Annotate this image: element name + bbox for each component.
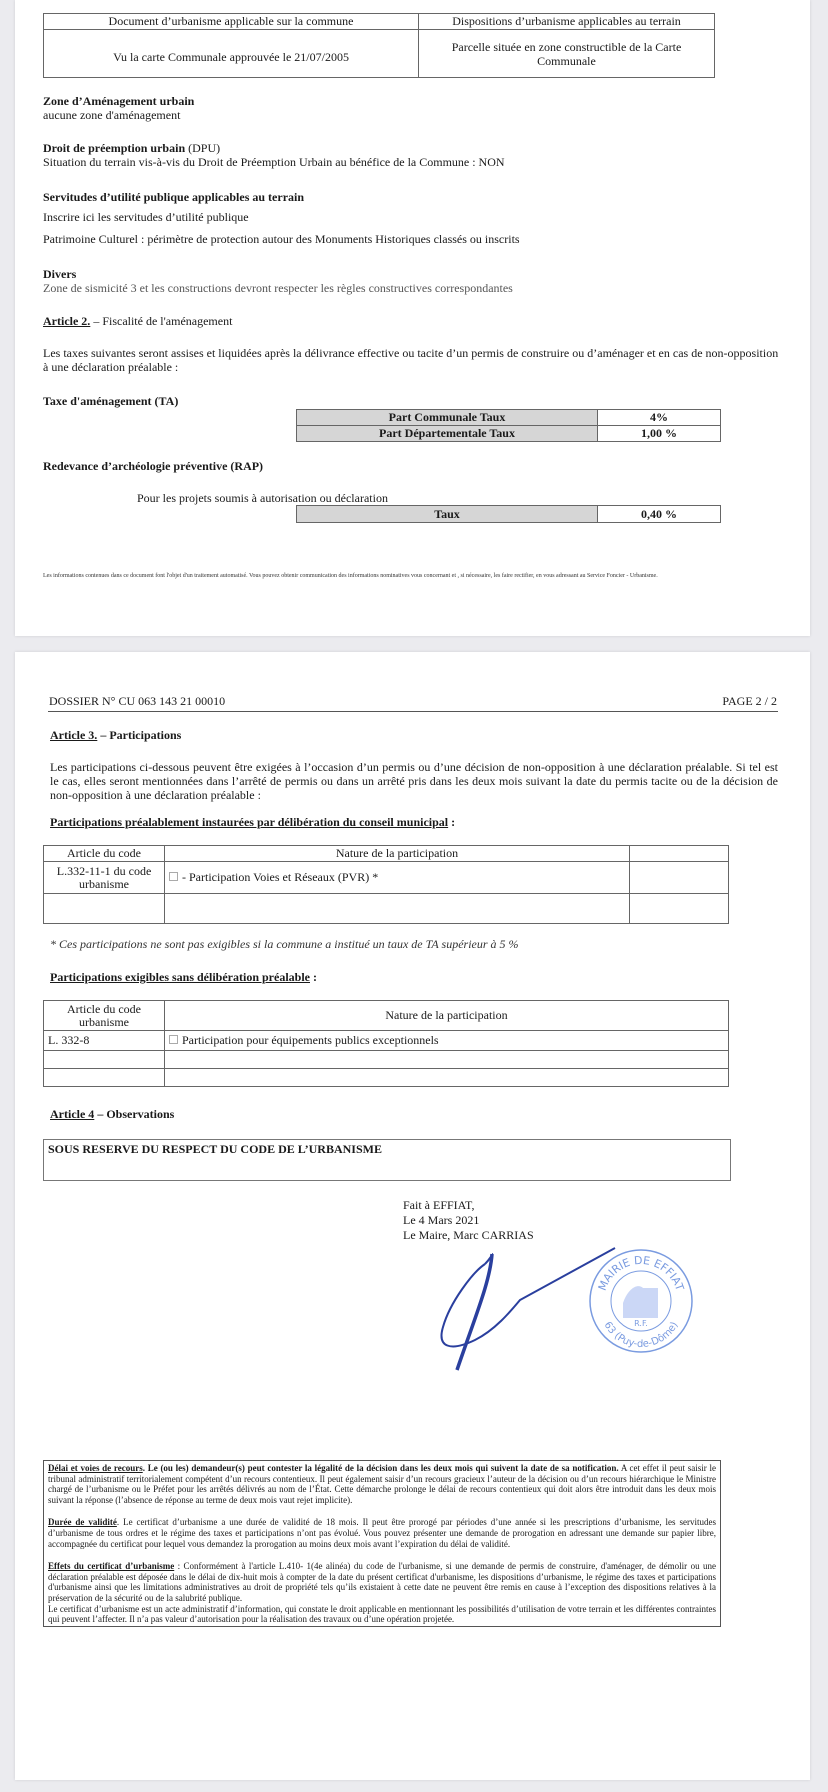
servitudes-line-2: Patrimoine Culturel : périmètre de prote… bbox=[43, 232, 520, 246]
t1-header-nature: Nature de la participation bbox=[165, 846, 630, 862]
urbanism-cell-document: Vu la carte Communale approuvée le 21/07… bbox=[44, 30, 419, 78]
table-row bbox=[44, 1069, 729, 1087]
signature-block: Fait à EFFIAT, Le 4 Mars 2021 Le Maire, … bbox=[403, 1198, 534, 1243]
ta-label-communale: Part Communale Taux bbox=[297, 410, 598, 426]
rap-label: Taux bbox=[297, 506, 598, 523]
table-row bbox=[44, 1051, 729, 1069]
checkbox-icon bbox=[169, 1035, 178, 1044]
rap-title: Redevance d’archéologie préventive (RAP) bbox=[43, 459, 263, 473]
ta-value-communale: 4% bbox=[598, 410, 721, 426]
dpu-section: Droit de préemption urbain (DPU) Situati… bbox=[43, 141, 505, 169]
t1-header-extra bbox=[630, 846, 729, 862]
dossier-number: DOSSIER N° CU 063 143 21 00010 bbox=[49, 694, 225, 708]
urbanism-header-document: Document d’urbanisme applicable sur la c… bbox=[44, 14, 419, 30]
servitudes-section: Servitudes d’utilité publique applicable… bbox=[43, 190, 520, 246]
mairie-stamp-icon: MAIRIE DE EFFIAT 63 (Puy-de-Dôme) R.F. bbox=[588, 1248, 694, 1354]
document-page-2: DOSSIER N° CU 063 143 21 00010 PAGE 2 / … bbox=[15, 652, 810, 1780]
t1-row1-nature-cell: - Participation Voies et Réseaux (PVR) * bbox=[165, 862, 630, 894]
legal-validite: Durée de validité. Le certificat d’urban… bbox=[48, 1517, 716, 1549]
article2-heading: Article 2. – Fiscalité de l'aménagement bbox=[43, 314, 232, 328]
article2-intro: Les taxes suivantes seront assises et li… bbox=[43, 346, 783, 374]
article2-label: Article 2. bbox=[43, 314, 90, 328]
divers-text: Zone de sismicité 3 et les constructions… bbox=[43, 281, 513, 295]
sub2-heading: Participations exigibles sans délibérati… bbox=[50, 970, 317, 984]
article2-title: – Fiscalité de l'aménagement bbox=[90, 314, 232, 328]
t2-header-article: Article du code urbanisme bbox=[44, 1001, 165, 1031]
divers-section: Divers Zone de sismicité 3 et les constr… bbox=[43, 267, 513, 295]
table-row: L. 332-8 Participation pour équipements … bbox=[44, 1031, 729, 1051]
sub2-title: Participations exigibles sans délibérati… bbox=[50, 970, 310, 984]
zone-title: Zone d’Aménagement urbain bbox=[43, 94, 194, 108]
participations-table-2: Article du code urbanisme Nature de la p… bbox=[43, 1000, 729, 1087]
t2-row1-nature-cell: Participation pour équipements publics e… bbox=[165, 1031, 729, 1051]
article4-heading: Article 4 – Observations bbox=[50, 1107, 174, 1121]
t2-row1-nature: Participation pour équipements publics e… bbox=[182, 1033, 439, 1047]
t1-row1-nature: - Participation Voies et Réseaux (PVR) * bbox=[182, 870, 378, 884]
servitudes-line-1: Inscrire ici les servitudes d’utilité pu… bbox=[43, 210, 520, 224]
rap-value: 0,40 % bbox=[598, 506, 721, 523]
page-number: PAGE 2 / 2 bbox=[722, 694, 777, 708]
dpu-title-suffix: (DPU) bbox=[188, 141, 220, 155]
t1-header-article: Article du code bbox=[44, 846, 165, 862]
participations-table-1: Article du code Nature de la participati… bbox=[43, 845, 729, 924]
t1-row1-article: L.332-11-1 du code urbanisme bbox=[44, 862, 165, 894]
svg-text:R.F.: R.F. bbox=[634, 1319, 648, 1328]
legal-recours: Délai et voies de recours. Le (ou les) d… bbox=[48, 1463, 716, 1505]
t1-row1-extra bbox=[630, 862, 729, 894]
legal-effets: Effets du certificat d’urbanisme : Confo… bbox=[48, 1561, 716, 1603]
document-page-1: Document d’urbanisme applicable sur la c… bbox=[15, 0, 810, 636]
legal-notice-box: Délai et voies de recours. Le (ou les) d… bbox=[43, 1460, 721, 1627]
urbanism-table: Document d’urbanisme applicable sur la c… bbox=[43, 13, 715, 78]
t2-header-nature: Nature de la participation bbox=[165, 1001, 729, 1031]
article3-heading: Article 3. – Participations bbox=[50, 728, 181, 742]
participation-note: * Ces participations ne sont pas exigibl… bbox=[50, 937, 519, 951]
ta-value-departementale: 1,00 % bbox=[598, 426, 721, 442]
table-row: L.332-11-1 du code urbanisme - Participa… bbox=[44, 862, 729, 894]
zone-section: Zone d’Aménagement urbain aucune zone d'… bbox=[43, 94, 194, 122]
article3-title: – Participations bbox=[97, 728, 181, 742]
signature-date: Le 4 Mars 2021 bbox=[403, 1213, 534, 1228]
rap-table: Taux 0,40 % bbox=[296, 505, 721, 523]
urbanism-header-dispositions: Dispositions d’urbanisme applicables au … bbox=[419, 14, 715, 30]
table-row bbox=[44, 894, 729, 924]
signature-signer: Le Maire, Marc CARRIAS bbox=[403, 1228, 534, 1243]
signature-place: Fait à EFFIAT, bbox=[403, 1198, 534, 1213]
t2-row1-article: L. 332-8 bbox=[44, 1031, 165, 1051]
rap-intro: Pour les projets soumis à autorisation o… bbox=[137, 491, 388, 505]
sub1-heading: Participations préalablement instaurées … bbox=[50, 815, 455, 829]
sub1-title: Participations préalablement instaurées … bbox=[50, 815, 448, 829]
article4-title: – Observations bbox=[94, 1107, 174, 1121]
header-rule bbox=[48, 711, 778, 712]
footer-note: Les informations contenues dans ce docum… bbox=[43, 572, 783, 580]
urbanism-cell-dispositions: Parcelle située en zone constructible de… bbox=[419, 30, 715, 78]
servitudes-title: Servitudes d’utilité publique applicable… bbox=[43, 190, 520, 204]
ta-title: Taxe d'aménagement (TA) bbox=[43, 394, 178, 408]
ta-label-departementale: Part Départementale Taux bbox=[297, 426, 598, 442]
divers-title: Divers bbox=[43, 267, 513, 281]
checkbox-icon bbox=[169, 872, 178, 881]
ta-table: Part Communale Taux 4% Part Départementa… bbox=[296, 409, 721, 442]
dpu-title: Droit de préemption urbain bbox=[43, 141, 185, 155]
article4-label: Article 4 bbox=[50, 1107, 94, 1121]
article3-intro: Les participations ci-dessous peuvent êt… bbox=[50, 760, 778, 802]
legal-effets-2: Le certificat d’urbanisme est un acte ad… bbox=[48, 1604, 716, 1625]
zone-text: aucune zone d'aménagement bbox=[43, 108, 194, 122]
dpu-text: Situation du terrain vis-à-vis du Droit … bbox=[43, 155, 505, 169]
observation-box: SOUS RESERVE DU RESPECT DU CODE DE L’URB… bbox=[43, 1139, 731, 1181]
article3-label: Article 3. bbox=[50, 728, 97, 742]
